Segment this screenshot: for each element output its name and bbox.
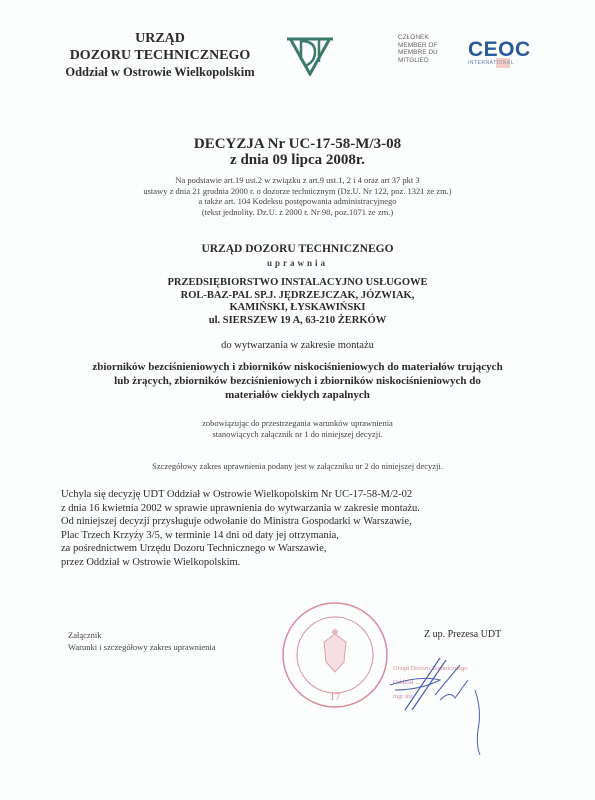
appeal-line: Od niniejszej decyzji przysługuje odwoła… — [61, 515, 561, 529]
scope-intro: do wytwarzania w zakresie montażu — [0, 340, 595, 351]
legal-basis-line: ustawy z dnia 21 grudnia 2000 r. o dozor… — [0, 186, 595, 197]
member-line: MEMBER OF — [398, 42, 438, 50]
attachment-text: Warunki i szczegółowy zakres uprawnienia — [68, 641, 216, 653]
legal-basis-line: (tekst jednolity. Dz.U. z 2000 r. Nr 98,… — [0, 207, 595, 218]
stamp-number: 17 — [330, 691, 342, 703]
udt-logo-icon — [285, 36, 335, 76]
org-branch: Oddział w Ostrowie Wielkopolskim — [60, 64, 260, 81]
ceoc-logo: CEOC INTERNATIONAL — [468, 38, 531, 66]
org-name-line2: DOZORU TECHNICZNEGO — [60, 47, 260, 64]
obligation-text: zobowiązując do przestrzegania warunków … — [0, 418, 595, 439]
repeal-and-appeal-text: Uchyla się decyzję UDT Oddział w Ostrowi… — [61, 488, 561, 569]
obligation-line: stanowiących załącznik nr 1 do niniejsze… — [0, 429, 595, 440]
decision-date: z dnia 09 lipca 2008r. — [0, 152, 595, 168]
attachment-note: Załącznik Warunki i szczegółowy zakres u… — [68, 629, 216, 653]
authority-name: URZĄD DOZORU TECHNICZNEGO — [0, 243, 595, 255]
legal-basis: Na podstawie art.19 ust.2 w związku z ar… — [0, 175, 595, 217]
detail-scope-note: Szczegółowy zakres uprawnienia podany je… — [0, 461, 595, 471]
scope-description: zbiorników bezciśnieniowych i zbiorników… — [0, 360, 595, 402]
company-line: PRZEDSIĘBIORSTWO INSTALACYJNO USŁUGOWE — [0, 277, 595, 290]
scope-line: materiałów ciekłych zapalnych — [0, 388, 595, 402]
company-address: ul. SIERSZEW 19 A, 63-210 ŻERKÓW — [0, 315, 595, 328]
repeal-line: z dnia 16 kwietnia 2002 w sprawie uprawn… — [61, 502, 561, 516]
organization-header: URZĄD DOZORU TECHNICZNEGO Oddział w Ostr… — [60, 30, 260, 81]
official-stamp-icon: 17 — [280, 600, 390, 710]
scope-line: zbiorników bezciśnieniowych i zbiorników… — [0, 360, 595, 374]
repeal-line: Uchyla się decyzję UDT Oddział w Ostrowi… — [61, 488, 561, 502]
attachment-label: Załącznik — [68, 629, 216, 641]
appeal-line: przez Oddział w Ostrowie Wielkopolskim. — [61, 556, 561, 570]
company-line: KAMIŃSKI, ŁYSKAWIŃSKI — [0, 302, 595, 315]
member-line: MITGLIED — [398, 57, 438, 65]
decision-number: DECYZJA Nr UC-17-58-M/3-08 — [0, 136, 595, 152]
legal-basis-line: a także art. 104 Kodeksu postępowania ad… — [0, 196, 595, 207]
signature-icon — [380, 650, 500, 760]
org-name-line1: URZĄD — [60, 30, 260, 47]
member-line: CZŁONEK — [398, 34, 438, 42]
company-line: ROL-BAZ-PAL SP.J. JĘDRZEJCZAK, JÓZWIAK, — [0, 290, 595, 303]
grants-verb: uprawnia — [0, 258, 595, 268]
member-line: MEMBRE DU — [398, 49, 438, 57]
ceoc-mark-icon — [496, 58, 510, 68]
membership-text: CZŁONEK MEMBER OF MEMBRE DU MITGLIED — [398, 34, 438, 64]
obligation-line: zobowiązując do przestrzegania warunków … — [0, 418, 595, 429]
scope-line: lub żrących, zbiorników bezciśnieniowych… — [0, 374, 595, 388]
appeal-line: za pośrednictwem Urzędu Dozoru Techniczn… — [61, 542, 561, 556]
decision-title: DECYZJA Nr UC-17-58-M/3-08 z dnia 09 lip… — [0, 136, 595, 168]
signatory-label: Z up. Prezesa UDT — [424, 629, 501, 640]
company-details: PRZEDSIĘBIORSTWO INSTALACYJNO USŁUGOWE R… — [0, 277, 595, 327]
appeal-line: Plac Trzech Krzyży 3/5, w terminie 14 dn… — [61, 529, 561, 543]
legal-basis-line: Na podstawie art.19 ust.2 w związku z ar… — [0, 175, 595, 186]
